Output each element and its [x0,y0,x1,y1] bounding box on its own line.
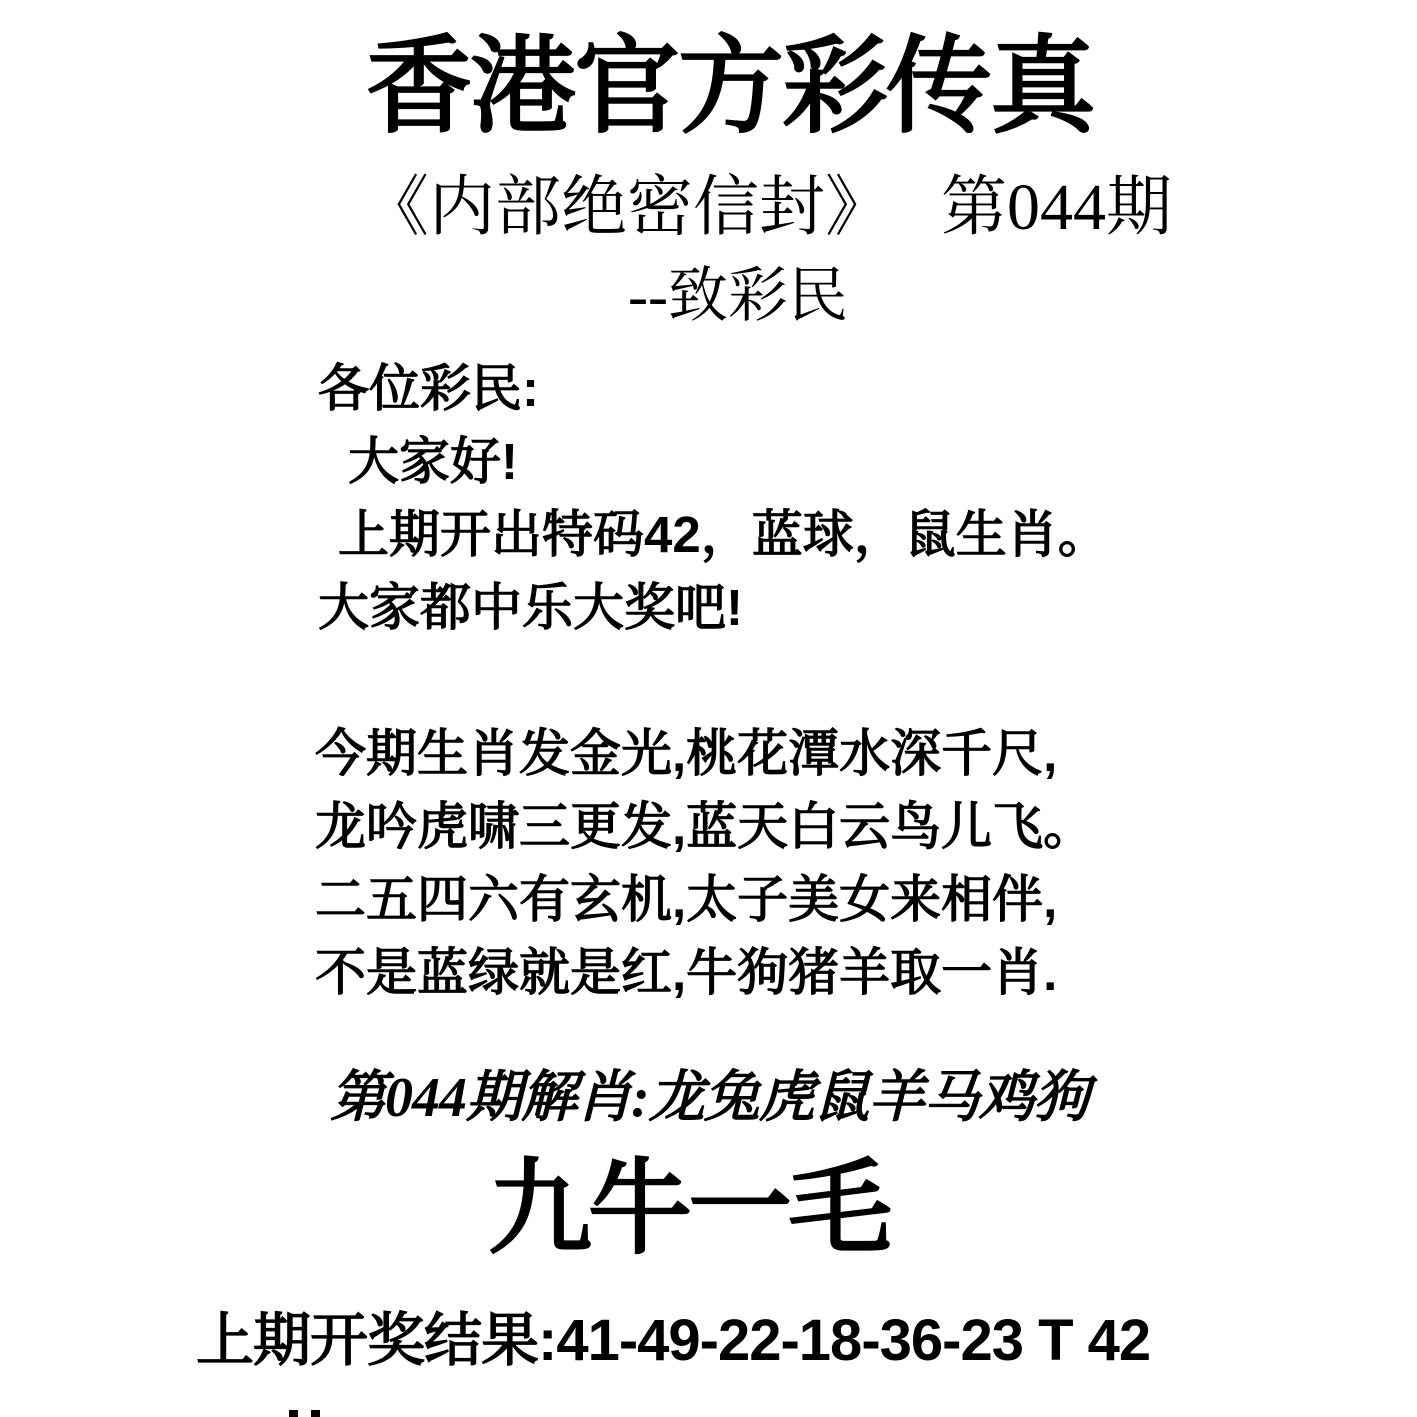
letter-body: 各位彩民: 大家好! 上期开出特码42，蓝球，鼠生肖。 大家都中乐大奖吧! [318,352,1109,644]
greeting-line: 大家好! [318,425,1109,498]
last-draw-info-line: 上期开出特码42，蓝球，鼠生肖。 [318,498,1109,571]
poem-line-3: 二五四六有玄机,太子美女来相伴, [315,863,1094,936]
subtitle-envelope-name: 《内部绝密信封》 [363,168,891,248]
subtitle-issue-number: 第044期 [941,168,1172,248]
cutoff-text-fragment [289,1410,320,1417]
poem-line-1: 今期生肖发金光,桃花潭水深千尺, [315,717,1094,790]
salutation-line: 各位彩民: [318,352,1109,425]
lottery-fax-document: 香港官方彩传真 《内部绝密信封》 第044期 --致彩民 各位彩民: 大家好! … [0,0,1417,1417]
hint-poem: 今期生肖发金光,桃花潭水深千尺, 龙吟虎啸三更发,蓝天白云鸟儿飞。 二五四六有玄… [315,717,1094,1009]
poem-line-2: 龙吟虎啸三更发,蓝天白云鸟儿飞。 [315,790,1094,863]
cutoff-stroke-left [289,1410,298,1417]
poem-line-4: 不是蓝绿就是红,牛狗猪羊取一肖. [315,936,1094,1009]
zodiac-resolution-line: 第044期解肖:龙兔虎鼠羊马鸡狗 [330,1062,1089,1135]
cutoff-stroke-right [311,1410,320,1417]
idiom-text: 九牛一毛 [488,1146,888,1274]
page-title: 香港官方彩传真 [366,22,1094,152]
subtitle-line: 《内部绝密信封》 第044期 [363,168,1172,248]
dedication-line: --致彩民 [628,258,848,334]
congrats-line: 大家都中乐大奖吧! [318,571,1109,644]
last-draw-result-line: 上期开奖结果:41-49-22-18-36-23 T 42 [196,1303,1150,1379]
